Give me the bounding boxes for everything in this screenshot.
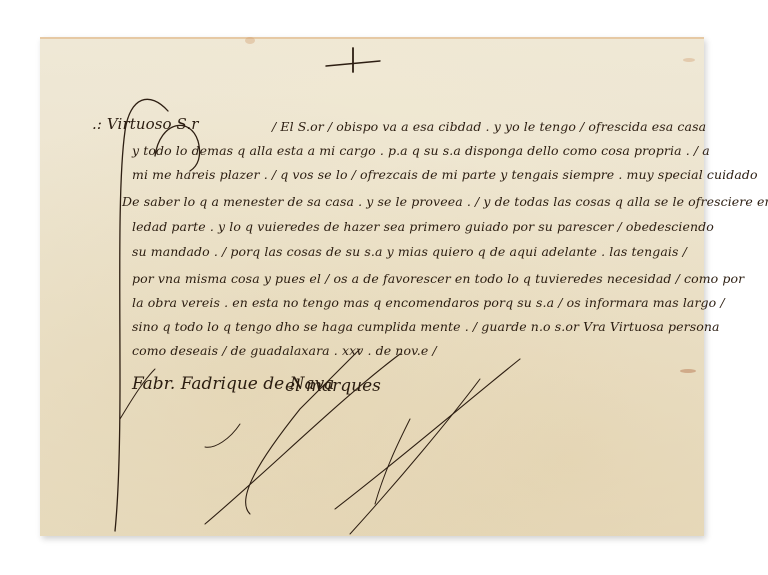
letter-line-8: la obra vereis . en esta no tengo mas q … — [132, 295, 725, 310]
letter-line-6: su mandado . / porq las cosas de su s.a … — [132, 244, 687, 259]
manuscript-letter: .: Virtuoso S.r / El S.or / obispo va a … — [40, 37, 704, 536]
letter-line-9: sino q todo lo q tengo dho se haga cumpl… — [132, 319, 720, 334]
letter-line-7: por vna misma cosa y pues el / os a de f… — [132, 271, 744, 286]
stain-top — [245, 37, 255, 44]
letter-line-1: / El S.or / obispo va a esa cibdad . y y… — [272, 119, 706, 134]
letter-line-3: mi me hareis plazer . / q vos se lo / of… — [132, 167, 758, 182]
signature-flourish — [40, 339, 704, 539]
letter-line-4: De saber lo q a menester de sa casa . y … — [122, 194, 768, 209]
letter-line-5: ledad parte . y lo q vuieredes de hazer … — [132, 219, 714, 234]
cross-mark-icon — [322, 44, 382, 74]
salutation: .: Virtuoso S.r — [92, 115, 199, 133]
stain-right — [683, 58, 695, 62]
letter-line-2: y todo lo demas q alla esta a mi cargo .… — [132, 143, 710, 158]
